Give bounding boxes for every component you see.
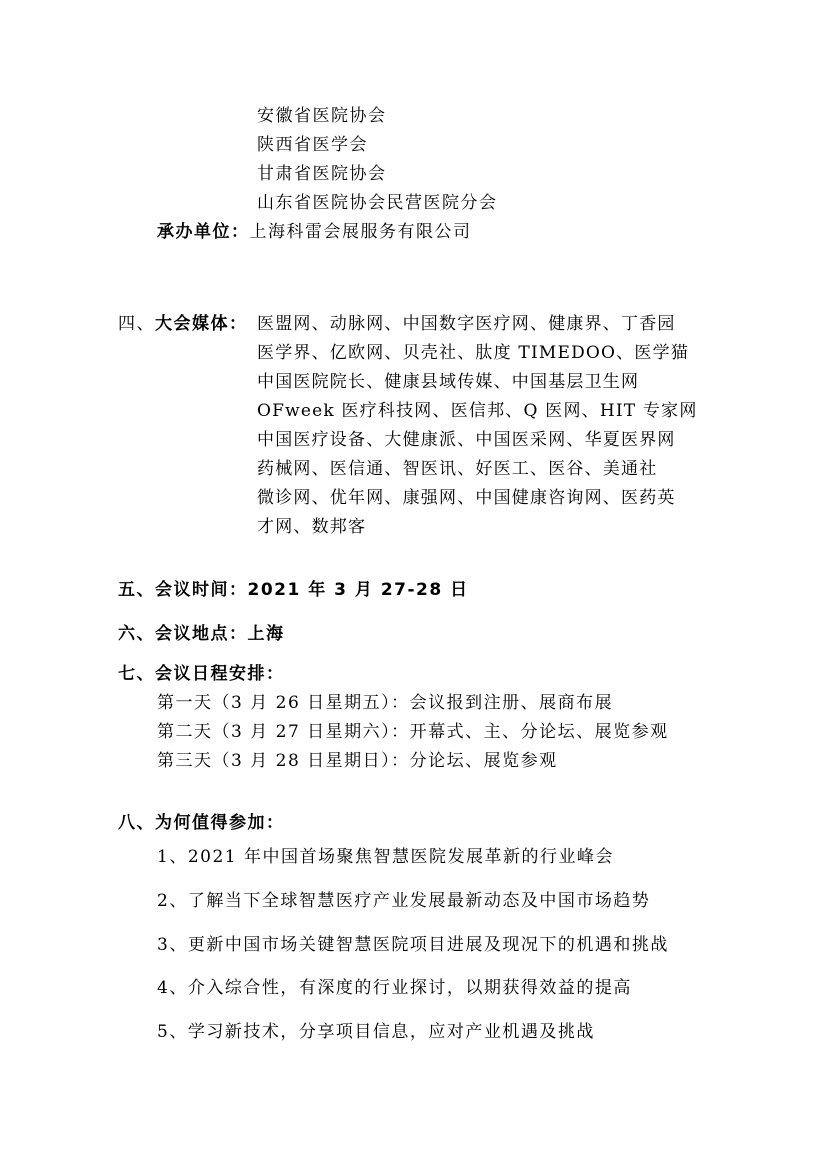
media-heading: 四、大会媒体：	[118, 314, 248, 334]
host-row: 承办单位：上海科雷会展服务有限公司	[157, 222, 472, 242]
organizer-item: 山东省医院协会民营医院分会	[257, 193, 498, 213]
schedule-heading: 七、会议日程安排：	[118, 664, 285, 684]
reason-item: 1、2021 年中国首场聚焦智慧医院发展革新的行业峰会	[157, 847, 614, 867]
schedule-day: 第一天（3 月 26 日星期五）：会议报到注册、展商布展	[157, 693, 613, 713]
media-number: 四、	[118, 314, 155, 334]
organizer-item: 安徽省医院协会	[257, 106, 387, 126]
reason-item: 2、了解当下全球智慧医疗产业发展最新动态及中国市场趋势	[157, 891, 650, 911]
organizer-item: 甘肃省医院协会	[257, 164, 387, 184]
media-label: 大会媒体：	[155, 314, 248, 334]
media-line: 医学界、亿欧网、贝壳社、肽度 TIMEDOO、医学猫	[257, 343, 689, 363]
reasons-heading: 八、为何值得参加：	[118, 813, 285, 833]
media-line: 才网、数邦客	[257, 517, 366, 537]
media-line: 药械网、医信通、智医讯、好医工、医谷、美通社	[257, 459, 657, 479]
media-line: 微诊网、优年网、康强网、中国健康咨询网、医药英	[257, 488, 676, 508]
host-value: 上海科雷会展服务有限公司	[250, 222, 472, 242]
media-line: OFweek 医疗科技网、医信邦、Q 医网、HIT 专家网	[257, 401, 698, 421]
location-heading: 六、会议地点：上海	[118, 624, 285, 644]
host-label: 承办单位：	[157, 222, 250, 242]
media-line: 医盟网、动脉网、中国数字医疗网、健康界、丁香园	[257, 314, 676, 334]
organizer-item: 陕西省医学会	[257, 135, 368, 155]
schedule-day: 第二天（3 月 27 日星期六）：开幕式、主、分论坛、展览参观	[157, 722, 669, 742]
reason-item: 5、学习新技术，分享项目信息，应对产业机遇及挑战	[157, 1022, 595, 1042]
media-line: 中国医院院长、健康县域传媒、中国基层卫生网	[257, 372, 639, 392]
reason-item: 4、介入综合性，有深度的行业探讨，以期获得效益的提高	[157, 978, 632, 998]
time-heading: 五、会议时间：2021 年 3 月 27-28 日	[118, 580, 469, 600]
reason-item: 3、更新中国市场关键智慧医院项目进展及现况下的机遇和挑战	[157, 935, 669, 955]
media-line: 中国医疗设备、大健康派、中国医采网、华夏医界网	[257, 430, 676, 450]
schedule-day: 第三天（3 月 28 日星期日）：分论坛、展览参观	[157, 751, 558, 771]
